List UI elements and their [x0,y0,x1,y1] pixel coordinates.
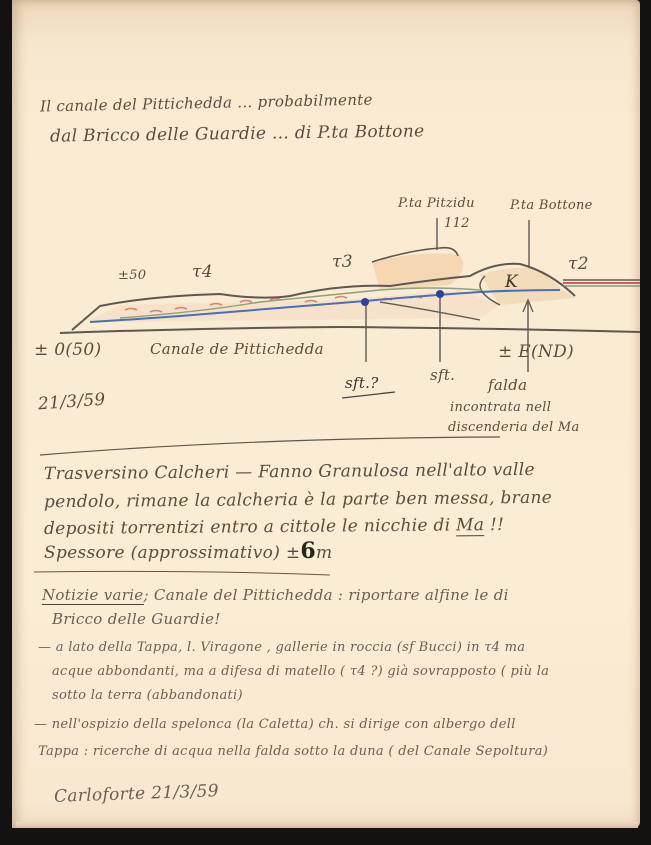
paragraph-2-line-1: Notizie varie; Canale del Pittichedda : … [42,586,509,604]
paragraph-2-line-2: Bricco delle Guardie! [52,610,221,628]
label-tau3: τ3 [332,252,353,272]
paragraph-2-line-4: acque abbondanti, ma a difesa di matello… [52,664,549,679]
paragraph-2-line-6: — nell'ospizio della spelonca (la Calett… [34,717,516,732]
paragraph-1-line-4-text: Spessore (approssimativo) ± [44,543,300,563]
label-k: K [505,272,518,292]
paragraph-1-line-3: depositi torrentizi entro a cittole le n… [44,515,504,539]
label-pta-pitzidu: P.ta Pitzidu [398,196,475,211]
label-falda-note-2: discenderia del Ma [448,420,580,435]
label-sft: sft. [430,366,455,384]
paragraph-2-line-3: — a lato della Tappa, l. Viragone , gall… [38,640,525,655]
label-pta-bottone: P.ta Bottone [510,198,593,213]
label-elevation-zero: ± 0(50) [34,340,101,360]
paragraph-1-line-3-text: depositi torrentizi entro a cittole le n… [44,515,456,539]
label-tau4: τ4 [192,262,213,282]
paragraph-2-line-1-rest: ; Canale del Pittichedda : riportare alf… [144,586,509,604]
label-elevation-e: ± E(ND) [498,342,574,362]
label-tau2: τ2 [568,254,589,274]
thickness-unit: m [316,543,332,563]
paragraph-1-line-3-end: !! [484,515,504,535]
paragraph-2-line-7: Tappa : ricerche di acqua nella falda so… [38,744,548,759]
label-elevation-50: ±50 [118,268,146,283]
paragraph-1-line-1: Trasversino Calcheri — Fanno Granulosa n… [44,460,535,484]
paragraph-2-line-5: sotto la terra (abbandonati) [52,688,243,703]
thickness-value: 6 [300,538,316,564]
label-pta-pitzidu-height: 112 [444,216,470,231]
label-falda-note-1: incontrata nell [450,400,551,415]
label-sft-question: sft.? [345,374,379,392]
paragraph-2-heading: Notizie varie [42,586,144,605]
paragraph-1-line-4: Spessore (approssimativo) ±6m [44,538,332,564]
label-canale-pittichedda: Canale de Pittichedda [150,340,324,358]
label-falda: falda [488,376,527,394]
paragraph-1-underlined-word: Ma [456,515,484,536]
